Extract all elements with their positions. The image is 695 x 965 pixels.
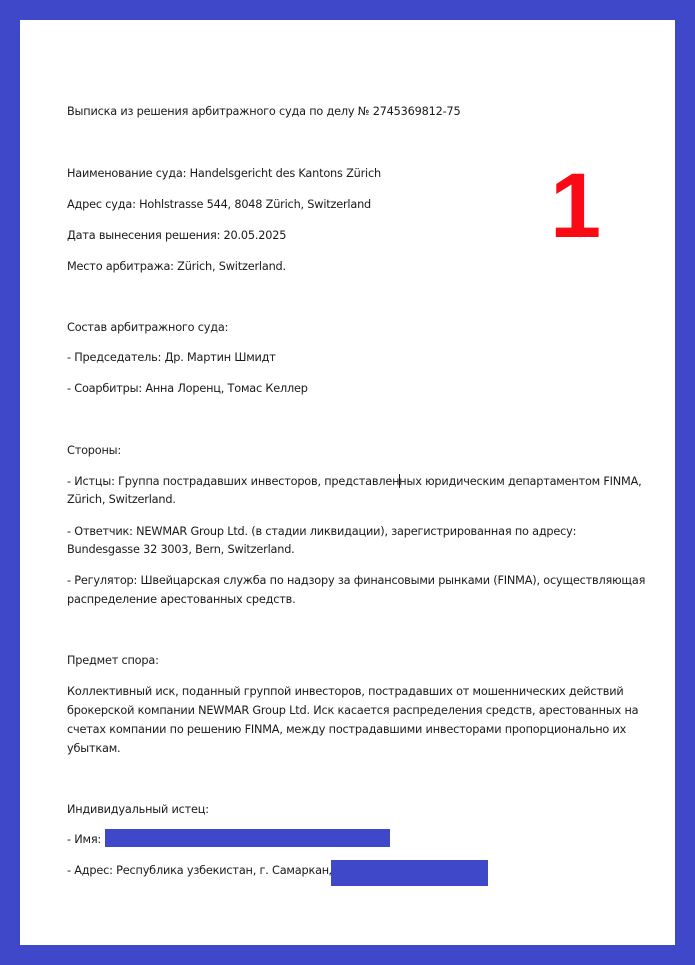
tribunal-co-arbitrators: - Соарбитры: Анна Лоренц, Томас Келлер [67, 379, 308, 398]
subject-line: брокерской компании NEWMAR Group Ltd. Ис… [67, 701, 638, 720]
address-redaction-box [331, 860, 488, 886]
subject-line: Коллективный иск, поданный группой инвес… [67, 682, 624, 701]
parties-plaintiffs: - Истцы: Группа пострадавших инвесторов,… [67, 472, 642, 491]
subject-line: счетах компании по решению FINMA, между … [67, 720, 626, 739]
subject-line: убыткам. [67, 739, 120, 758]
individual-plaintiff-address-label: - Адрес: Республика узбекистан, г. Самар… [67, 861, 340, 880]
individual-plaintiff-name-label: - Имя: [67, 830, 101, 849]
parties-defendant: - Ответчик: NEWMAR Group Ltd. (в стадии … [67, 522, 576, 541]
document-title: Выписка из решения арбитражного суда по … [67, 102, 460, 121]
parties-defendant-line2: Bundesgasse 32 3003, Bern, Switzerland. [67, 540, 295, 559]
tribunal-heading: Состав арбитражного суда: [67, 318, 228, 337]
plaintiffs-text-part2: ных юридическим департаментом FINMA, [399, 475, 641, 488]
individual-plaintiff-heading: Индивидуальный истец: [67, 800, 209, 819]
parties-heading: Стороны: [67, 441, 121, 460]
tribunal-chairman: - Председатель: Др. Мартин Шмидт [67, 348, 276, 367]
decision-date: Дата вынесения решения: 20.05.2025 [67, 226, 286, 245]
parties-plaintiffs-line2: Zürich, Switzerland. [67, 490, 176, 509]
name-redaction-box [105, 829, 390, 847]
page-number-marker: 1 [550, 160, 601, 252]
court-name: Наименование суда: Handelsgericht des Ka… [67, 164, 381, 183]
court-address: Адрес суда: Hohlstrasse 544, 8048 Zürich… [67, 195, 371, 214]
parties-regulator: - Регулятор: Швейцарская служба по надзо… [67, 571, 645, 590]
subject-heading: Предмет спора: [67, 651, 159, 670]
plaintiffs-text-part1: - Истцы: Группа пострадавших инвесторов,… [67, 475, 399, 488]
arbitration-place: Место арбитража: Zürich, Switzerland. [67, 257, 286, 276]
parties-regulator-line2: распределение арестованных средств. [67, 590, 296, 609]
document-page: Выписка из решения арбитражного суда по … [20, 20, 675, 945]
